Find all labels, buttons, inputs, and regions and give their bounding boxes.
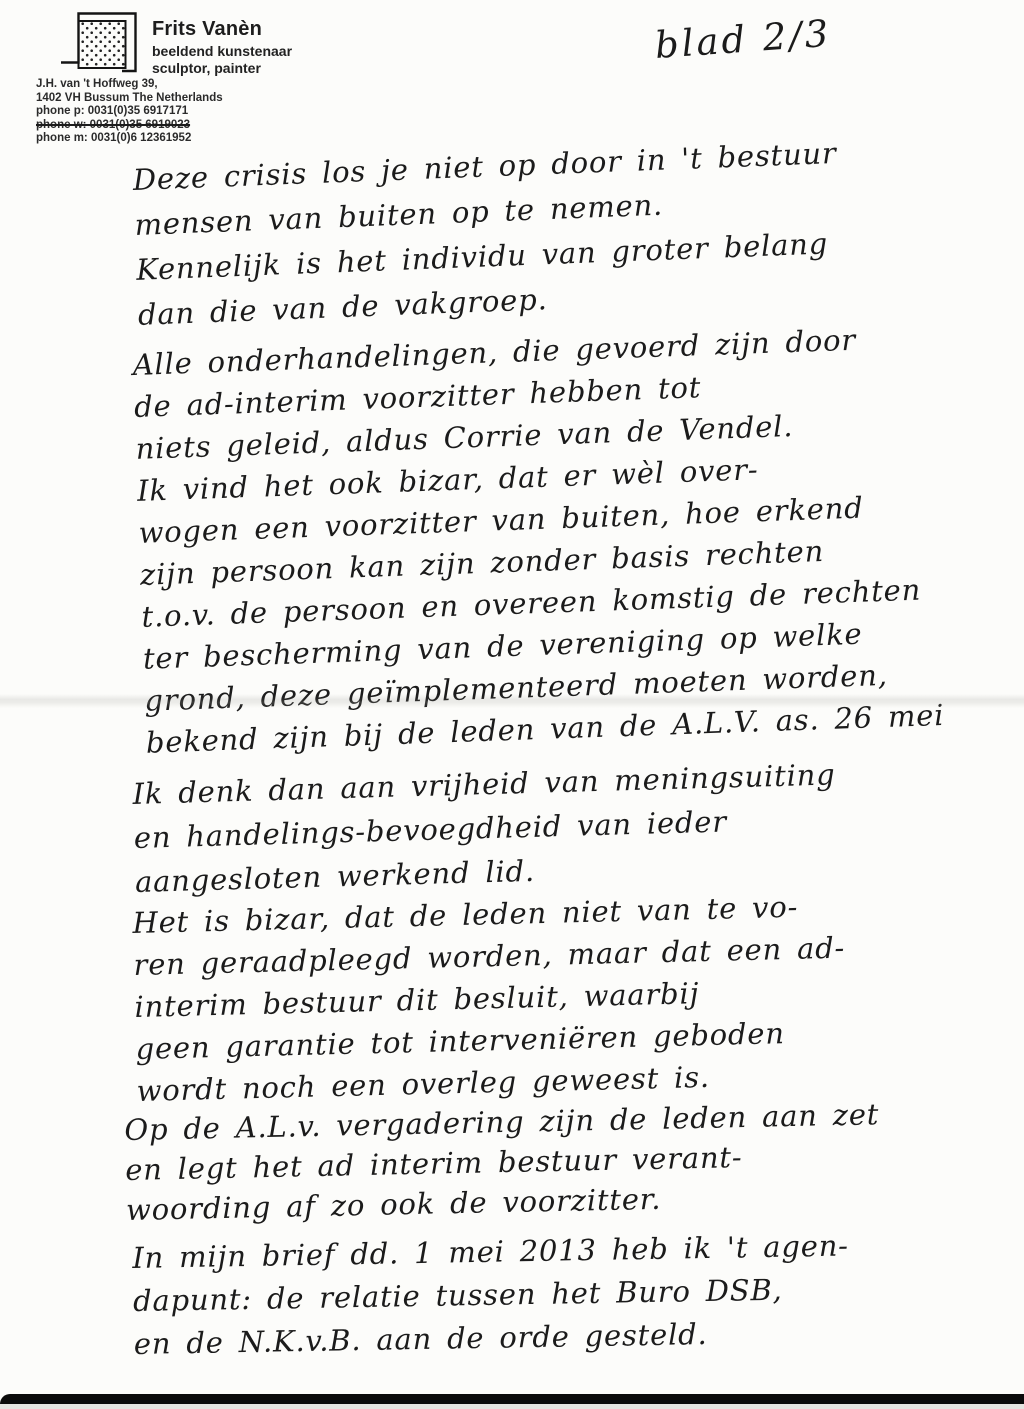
- doorway-logo-icon: [58, 8, 143, 80]
- phone-work-struck: phone w: 0031(0)35 6919023: [36, 119, 223, 133]
- scanned-letter-page: Frits Vanèn beeldend kunstenaar sculptor…: [0, 0, 1024, 1409]
- letterhead-role-dutch: beeldend kunstenaar: [152, 43, 292, 59]
- paragraph-6: In mijn brief dd. 1 mei 2013 heb ik 't a…: [132, 1224, 851, 1365]
- paragraph-1: Deze crisis los je niet op door in 't be…: [132, 131, 843, 338]
- phone-mobile: phone m: 0031(0)6 12361952: [36, 132, 223, 146]
- address-street: J.H. van 't Hoffweg 39,: [36, 78, 223, 92]
- scan-bottom-margin: [0, 1404, 1024, 1409]
- address-city: 1402 VH Bussum The Netherlands: [36, 92, 223, 106]
- letterhead-name: Frits Vanèn: [152, 18, 262, 41]
- phone-private: phone p: 0031(0)35 6917171: [36, 105, 223, 119]
- paragraph-2: Alle onderhandelingen, die gevoerd zijn …: [132, 316, 945, 764]
- scan-bottom-edge: [0, 1394, 1024, 1404]
- paragraph-4: Het is bizar, dat de leden niet van te v…: [132, 885, 849, 1112]
- paragraph-5: Op de A.L.v. vergadering zijn de leden a…: [124, 1094, 881, 1230]
- letterhead-address-block: J.H. van 't Hoffweg 39, 1402 VH Bussum T…: [36, 78, 223, 146]
- paragraph-3: Ik denk dan aan vrijheid van meningsuiti…: [132, 752, 839, 904]
- letterhead-role-english: sculptor, painter: [152, 60, 261, 76]
- page-number-label: blad 2/3: [654, 12, 833, 67]
